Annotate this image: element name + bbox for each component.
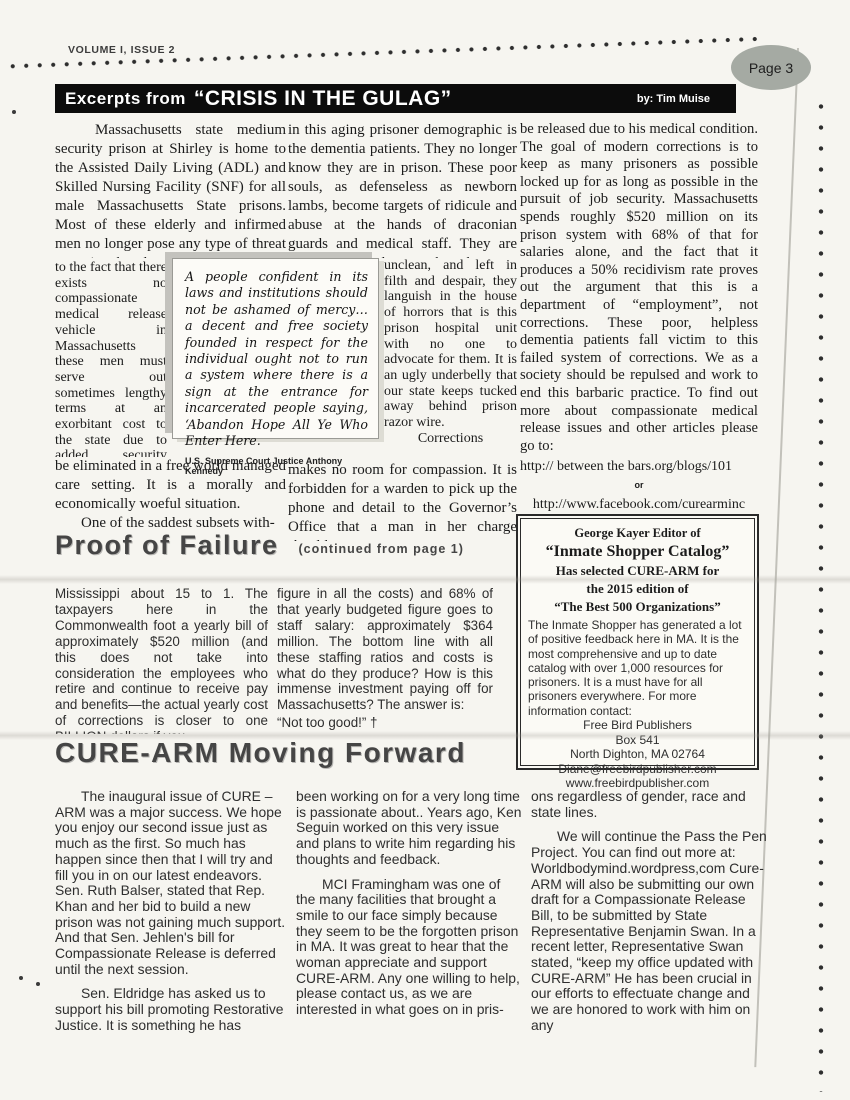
pull-quote-text: A people confident in its laws and insti… (185, 269, 368, 449)
cure-col2-p1: been working on for a very long time is … (296, 789, 523, 868)
proof-col2-p1: figure in all the costs) and 68% of that… (277, 586, 493, 713)
cure-arm-heading: CURE-ARM Moving Forward (55, 737, 466, 769)
stray-dot (19, 976, 23, 980)
gulag-col3-paragraph: be released due to his medical condition… (520, 121, 758, 455)
cure-col3-block: ons regardless of gender, race and state… (531, 789, 768, 1055)
banner-title-prefix: Excerpts from (65, 89, 186, 109)
proof-of-failure-heading-row: Proof of Failure (continued from page 1) (55, 530, 464, 561)
inmate-box-body: The Inmate Shopper has generated a lot o… (528, 618, 747, 718)
stray-dot (12, 110, 16, 114)
inmate-box-line2: “Inmate Shopper Catalog” (528, 543, 747, 561)
inmate-box-line5: “The Best 500 Organizations” (528, 599, 747, 615)
cure-col2-block: been working on for a very long time is … (296, 789, 523, 1055)
cure-col1-block: The inaugural issue of CURE – ARM was a … (55, 789, 288, 1039)
proof-col2-p2: “Not too good!” † (277, 715, 493, 731)
cure-col2-p2: MCI Framingham was one of the many facil… (296, 877, 523, 1018)
proof-of-failure-heading: Proof of Failure (55, 530, 279, 561)
page-number-badge: Page 3 (731, 45, 811, 90)
or-separator: or (520, 477, 758, 493)
stray-dot (36, 982, 40, 986)
newsletter-page: VOLUME I, ISSUE 2 Page 3 Excerpts from “… (0, 0, 850, 1100)
contact-box: Box 541 (528, 733, 747, 748)
gulag-col1-wrapped-text: to the fact that there exists no compass… (55, 260, 167, 457)
proof-col2-block: figure in all the costs) and 68% of that… (277, 586, 493, 756)
right-dotted-border (815, 96, 827, 1092)
inmate-shopper-ad-box: George Kayer Editor of “Inmate Shopper C… (516, 514, 759, 770)
gulag-col2-top-paragraph: in this aging prisoner demographic is th… (288, 121, 517, 258)
pull-quote-box: A people confident in its laws and insti… (172, 258, 379, 439)
cure-col1-p1: The inaugural issue of CURE – ARM was a … (55, 789, 288, 977)
contact-email: Diane@freebirdpublisher.com (528, 762, 747, 777)
inmate-box-line1: George Kayer Editor of (528, 526, 747, 541)
volume-issue-label: VOLUME I, ISSUE 2 (68, 44, 175, 56)
cure-col1-p2: Sen. Eldridge has asked us to support hi… (55, 986, 288, 1033)
contact-publisher: Free Bird Publishers (528, 718, 747, 733)
banner-title-main: “CRISIS IN THE GULAG” (194, 87, 452, 111)
gulag-col3-block: be released due to his medical condition… (520, 121, 758, 513)
inmate-box-line4: the 2015 edition of (528, 581, 747, 597)
continued-from-page-note: (continued from page 1) (299, 542, 464, 561)
contact-website: www.freebirdpublisher.com (528, 776, 747, 791)
inmate-box-line3: Has selected CURE-ARM for (528, 563, 747, 579)
cure-col3-p2: We will continue the Pass the Pen Projec… (531, 829, 768, 1033)
gulag-col1-top-paragraph: Massachusetts state medium security pris… (55, 121, 286, 258)
inmate-box-contact: Free Bird Publishers Box 541 North Dight… (528, 718, 747, 791)
gulag-col2-wrapped-block: unclean, and left in filth and despair, … (384, 258, 517, 458)
cure-col3-p1: ons regardless of gender, race and state… (531, 789, 768, 820)
gulag-col2-corrections-word: Corrections (384, 431, 517, 447)
contact-city: North Dighton, MA 02764 (528, 747, 747, 762)
link-facebook: http://www.facebook.com/curearminc (520, 497, 758, 513)
proof-col1-paragraph: Mississippi about 15 to 1. The taxpayers… (55, 586, 268, 734)
link-between-the-bars: http:// between the bars.org/blogs/101 (520, 459, 758, 475)
pull-quote-attribution: U.S. Supreme Court Justice Anthony Kenne… (185, 456, 368, 476)
inmate-shopper-ad-inner: George Kayer Editor of “Inmate Shopper C… (520, 518, 755, 766)
banner-byline: by: Tim Muise (637, 93, 710, 105)
article-title-banner: Excerpts from “CRISIS IN THE GULAG” by: … (55, 84, 736, 113)
gulag-col2-wrapped-text: unclean, and left in filth and despair, … (384, 258, 517, 431)
